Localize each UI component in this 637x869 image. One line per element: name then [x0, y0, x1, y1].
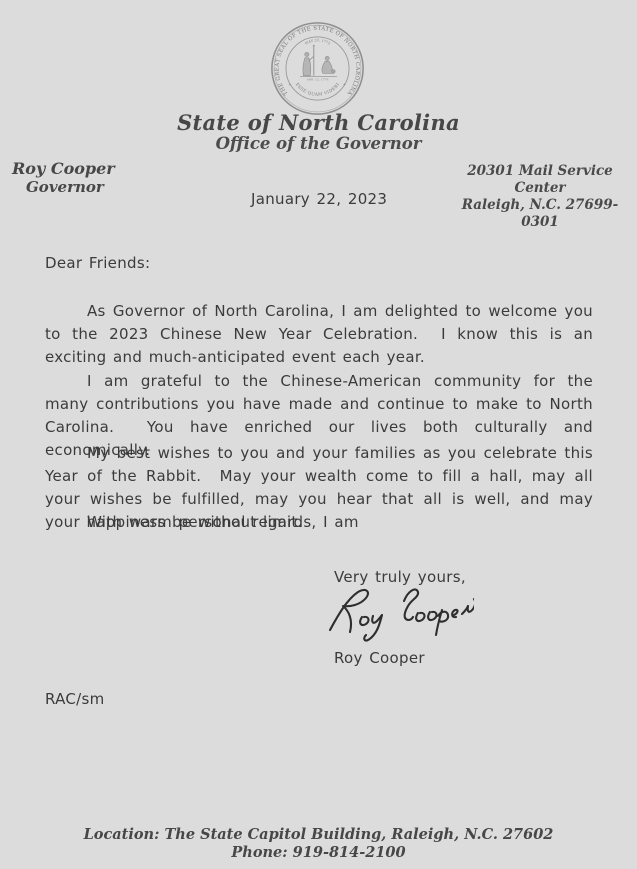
footer-location: Location: The State Capitol Building, Ra…: [0, 826, 637, 844]
reference-initials: RAC/sm: [45, 688, 105, 711]
letterhead-subtitle: Office of the Governor: [0, 134, 637, 153]
address-line-2: Raleigh, N.C. 27699-0301: [452, 197, 628, 231]
letter-date: January 22, 2023: [251, 188, 387, 211]
letter-page: THE GREAT SEAL OF THE STATE OF NORTH CAR…: [0, 0, 637, 869]
official-title: Governor: [12, 178, 115, 196]
typed-signature-name: Roy Cooper: [334, 647, 425, 670]
paragraph-1: As Governor of North Carolina, I am deli…: [45, 300, 593, 369]
svg-text:MAY 20, 1775: MAY 20, 1775: [304, 38, 331, 45]
north-carolina-state-seal-icon: THE GREAT SEAL OF THE STATE OF NORTH CAR…: [269, 20, 366, 117]
governor-signature-script: [324, 584, 474, 646]
seal-plenty-figure: [322, 56, 335, 74]
footer-block: Location: The State Capitol Building, Ra…: [0, 826, 637, 862]
footer-phone: Phone: 919-814-2100: [0, 844, 637, 862]
seal-date-bottom: APR. 12, 1776: [306, 78, 329, 82]
closing-line: With warm personal regards, I am: [45, 511, 593, 534]
official-name: Roy Cooper: [12, 160, 115, 178]
address-line-1: 20301 Mail Service Center: [452, 163, 628, 197]
official-name-block: Roy Cooper Governor: [12, 160, 115, 196]
seal-date-top: MAY 20, 1775: [304, 38, 331, 45]
salutation: Dear Friends:: [45, 252, 150, 275]
letterhead-title: State of North Carolina: [0, 110, 637, 135]
mailing-address-block: 20301 Mail Service Center Raleigh, N.C. …: [452, 163, 628, 231]
seal-liberty-figure: [303, 45, 315, 76]
